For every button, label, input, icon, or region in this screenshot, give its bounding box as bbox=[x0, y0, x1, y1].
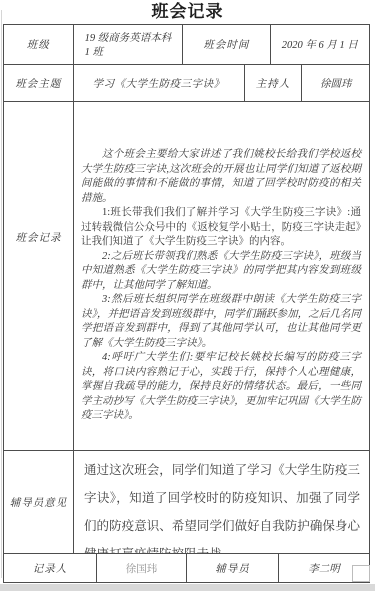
host-value: 徐圆玮 bbox=[301, 65, 369, 101]
counselor-label: 辅导员 bbox=[186, 554, 278, 582]
record-paragraph: 4:呼吁广大学生们:要牢记校长姚校长编写的防疫三字诀，将口诀内容熟记于心，实践于… bbox=[81, 351, 361, 424]
row-signatures: 记录人 徐国玮 辅导员 李二明 bbox=[4, 553, 369, 582]
meeting-time-label: 班会时间 bbox=[182, 25, 270, 64]
scan-bottom-edge bbox=[0, 584, 375, 591]
topic-value: 学习《大学生防疫三字诀》 bbox=[73, 65, 244, 101]
meeting-record-content: 这个班会主要给大家讲述了我们姚校长给我们学校返校大学生防疫三字诀,这次班会的开展… bbox=[73, 102, 369, 450]
class-label: 班级 bbox=[4, 25, 73, 64]
scan-artifact bbox=[352, 565, 370, 582]
record-paragraph: 2:之后班长带领我们熟悉《大学生防疫三字诀》，班级当中知道熟悉《大学生防疫三字诀… bbox=[81, 250, 361, 294]
meeting-record-table: 班级 19 级商务英语本科 1 班 班会时间 2020 年 6 月 1 日 班会… bbox=[3, 24, 370, 583]
row-counselor-opinion: 辅导员意见 通过这次班会，同学们知道了学习《大学生防疫三字诀》，知道了回学校时的… bbox=[4, 450, 369, 553]
row-class-and-time: 班级 19 级商务英语本科 1 班 班会时间 2020 年 6 月 1 日 bbox=[4, 25, 369, 64]
meeting-record-label: 班会记录 bbox=[4, 102, 73, 450]
meeting-time-value: 2020 年 6 月 1 日 bbox=[270, 25, 369, 64]
page-title: 班会记录 bbox=[0, 1, 375, 23]
row-meeting-record: 班会记录 这个班会主要给大家讲述了我们姚校长给我们学校返校大学生防疫三字诀,这次… bbox=[4, 101, 369, 450]
host-label: 主持人 bbox=[244, 65, 302, 101]
counselor-opinion-text: 通过这次班会，同学们知道了学习《大学生防疫三字诀》，知道了回学校时的防疫知识、加… bbox=[73, 451, 369, 553]
scan-page-edge bbox=[1, 10, 2, 578]
class-value: 19 级商务英语本科 1 班 bbox=[73, 25, 182, 64]
recorder-name: 徐国玮 bbox=[96, 554, 186, 582]
record-paragraph: 3:然后班长组织同学在班级群中朗读《大学生防疫三字诀》，并把语音发到班级群中，同… bbox=[81, 293, 361, 351]
record-paragraph: 这个班会主要给大家讲述了我们姚校长给我们学校返校大学生防疫三字诀,这次班会的开展… bbox=[81, 148, 361, 206]
scanned-meeting-record-page: 班会记录 班级 19 级商务英语本科 1 班 班会时间 2020 年 6 月 1… bbox=[0, 0, 375, 591]
topic-label: 班会主题 bbox=[4, 65, 73, 101]
counselor-opinion-label: 辅导员意见 bbox=[4, 451, 73, 553]
record-paragraph: 1:班长带我们我们了解并学习《大学生防疫三字诀》:通过转载微信公众号中的《返校复… bbox=[81, 206, 361, 250]
recorder-label: 记录人 bbox=[4, 554, 96, 582]
row-topic-and-host: 班会主题 学习《大学生防疫三字诀》 主持人 徐圆玮 bbox=[4, 64, 369, 101]
